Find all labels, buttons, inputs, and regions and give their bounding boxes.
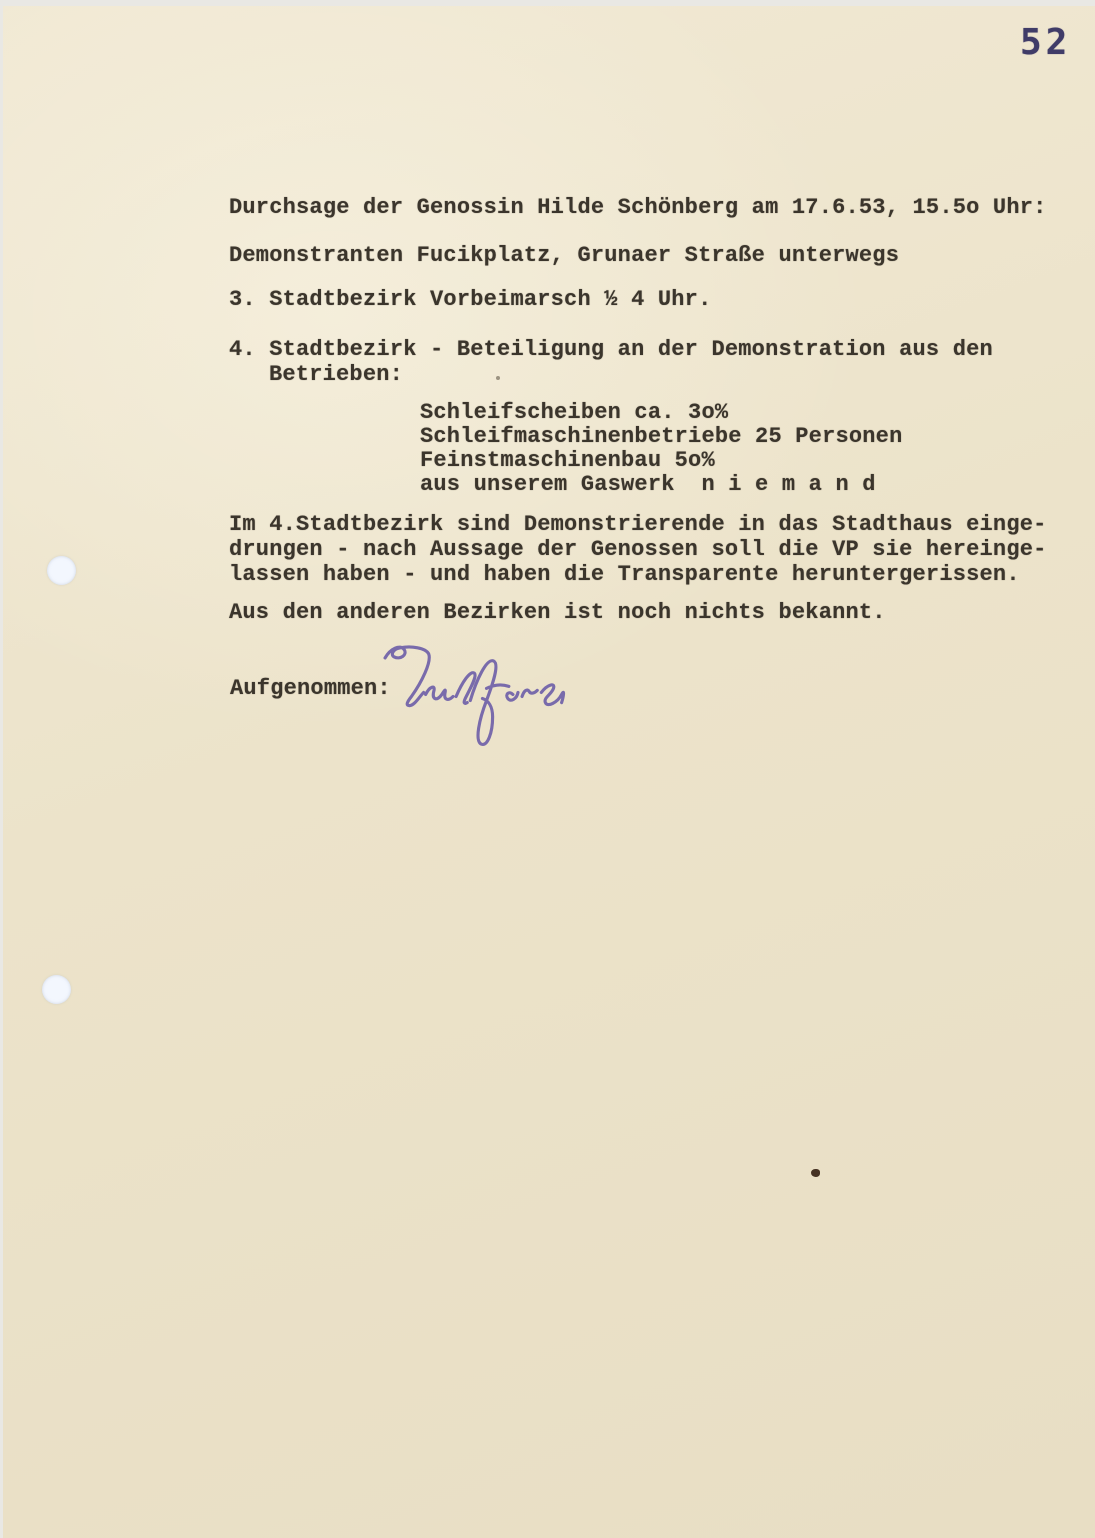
typewritten-line-aufgenommen: Aufgenommen: bbox=[230, 676, 391, 701]
typewritten-line-stadthaus-2: drungen - nach Aussage der Genossen soll… bbox=[229, 537, 1047, 562]
punch-hole-top bbox=[47, 556, 76, 585]
typewritten-line-gaswerk: aus unserem Gaswerk n i e m a n d bbox=[420, 472, 876, 497]
paper-speck-faint bbox=[496, 376, 500, 380]
paper-speck bbox=[811, 1169, 820, 1177]
punch-hole-bottom bbox=[42, 975, 71, 1004]
typewritten-line-feinstmaschinenbau: Feinstmaschinenbau 5o% bbox=[420, 448, 715, 473]
typewritten-line-stadthaus-3: lassen haben - und haben die Transparent… bbox=[229, 562, 1020, 587]
page-number-stamp: 52 bbox=[1020, 22, 1071, 63]
typewritten-line-stadtbezirk-3: 3. Stadtbezirk Vorbeimarsch ½ 4 Uhr. bbox=[229, 287, 711, 312]
typewritten-line-schleifscheiben: Schleifscheiben ca. 3o% bbox=[420, 400, 728, 425]
paper-sheet bbox=[3, 6, 1095, 1538]
scanned-document: 52 Durchsage der Genossin Hilde Schönber… bbox=[0, 0, 1095, 1538]
typewritten-line-stadtbezirk-4: 4. Stadtbezirk - Beteiligung an der Demo… bbox=[229, 337, 993, 362]
typewritten-line-schleifmaschinen: Schleifmaschinenbetriebe 25 Personen bbox=[420, 424, 902, 449]
handwritten-signature-kaulfers bbox=[381, 643, 589, 751]
typewritten-line-betrieben: Betrieben: bbox=[269, 362, 403, 387]
typewritten-line-demonstranten: Demonstranten Fucikplatz, Grunaer Straße… bbox=[229, 243, 899, 268]
typewritten-line-stadthaus-1: Im 4.Stadtbezirk sind Demonstrierende in… bbox=[229, 512, 1047, 537]
typewritten-line-durchsage: Durchsage der Genossin Hilde Schönberg a… bbox=[229, 195, 1047, 220]
typewritten-line-andere-bezirke: Aus den anderen Bezirken ist noch nichts… bbox=[229, 600, 886, 625]
